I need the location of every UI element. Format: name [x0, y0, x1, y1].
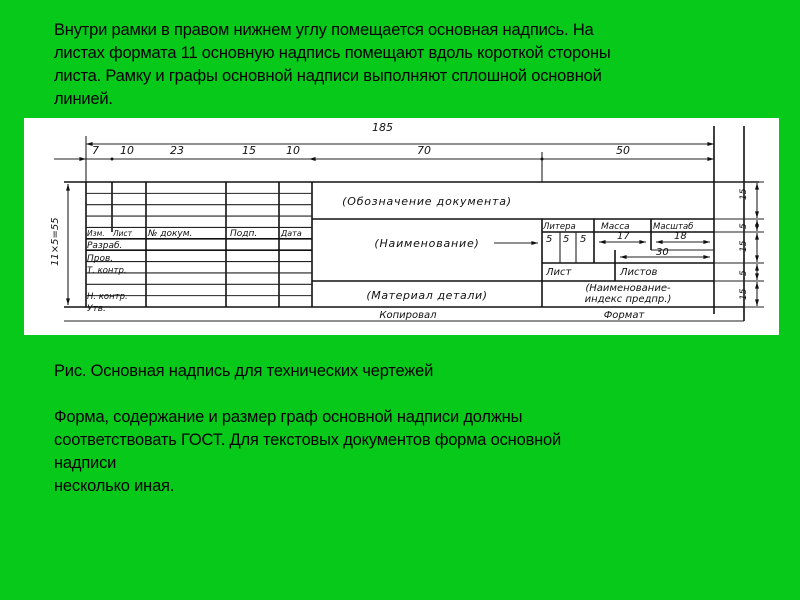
row-nkontr: Н. контр. — [87, 292, 128, 302]
dim-col-1: 7 — [92, 144, 99, 157]
dim-right-4: 5 — [739, 270, 749, 276]
mass-dim: 17 — [617, 231, 630, 242]
field-litera: Литера — [542, 222, 576, 232]
header-list: Лист — [112, 229, 133, 238]
title-block-drawing: 185 7 10 23 15 10 70 50 11×5=55 Изм. Лис… — [24, 118, 779, 335]
header-doc-no: № докум. — [147, 229, 192, 239]
row-prov: Пров. — [87, 254, 113, 264]
header-date: Дата — [280, 229, 302, 238]
field-sheet: Лист — [545, 267, 573, 278]
litera-dim-2: 5 — [563, 234, 569, 245]
litera-dim-3: 5 — [580, 234, 586, 245]
field-org-line2: индекс предпр.) — [585, 294, 672, 305]
header-izm: Изм. — [87, 229, 105, 238]
field-org: (Наименование- — [585, 283, 671, 294]
dim-col-3: 23 — [170, 144, 184, 157]
header-sign: Подп. — [230, 229, 257, 239]
dim-col-2: 10 — [120, 144, 134, 157]
title-block-svg: 185 7 10 23 15 10 70 50 11×5=55 Изм. Лис… — [24, 118, 779, 335]
intro-paragraph: Внутри рамки в правом нижнем углу помеща… — [54, 19, 754, 111]
dim-right-1: 15 — [739, 188, 749, 200]
dim-col-4: 15 — [242, 144, 256, 157]
figure-caption: Рис. Основная надпись для технических че… — [54, 360, 734, 383]
scale-dim: 18 — [674, 231, 687, 242]
dim-left: 11×5=55 — [50, 217, 61, 266]
field-format: Формат — [604, 310, 646, 321]
field-sheets: Листов — [619, 267, 657, 278]
dim-total: 185 — [372, 121, 393, 134]
dim-col-7: 50 — [616, 144, 630, 157]
dim-right-2: 5 — [739, 223, 749, 229]
body-paragraph: Форма, содержание и размер граф основной… — [54, 406, 734, 498]
dim-col-6: 70 — [417, 144, 431, 157]
field-material: (Материал детали) — [366, 289, 487, 302]
row-tkontr: Т. контр. — [87, 266, 127, 276]
row-utv: Утв. — [87, 304, 106, 314]
dim-col-5: 10 — [286, 144, 300, 157]
row-razrab: Разраб. — [87, 241, 122, 251]
dim-right-5: 15 — [739, 288, 749, 300]
field-designation: (Обозначение документа) — [342, 195, 512, 208]
field-copied: Копировал — [379, 310, 437, 321]
litera-dim-1: 5 — [546, 234, 552, 245]
span-dim: 30 — [656, 247, 669, 258]
field-name: (Наименование) — [374, 237, 479, 250]
dim-right-3: 15 — [739, 240, 749, 252]
